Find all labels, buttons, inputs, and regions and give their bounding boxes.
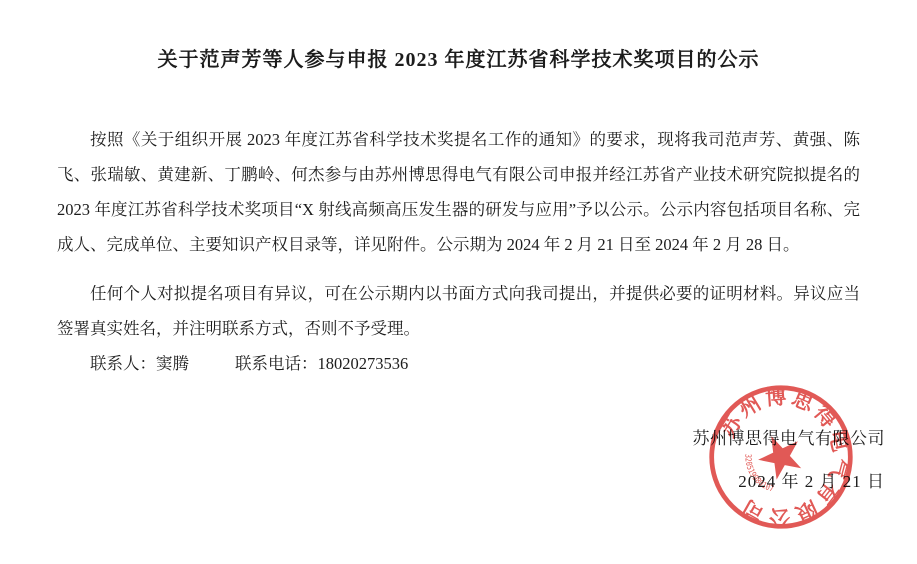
contact-phone-number: 18020273536	[318, 354, 409, 373]
paragraph-objection-instructions: 任何个人对拟提名项目有异议，可在公示期内以书面方式向我司提出，并提供必要的证明材…	[57, 276, 860, 346]
paragraph-announcement: 按照《关于组织开展 2023 年度江苏省科学技术奖提名工作的通知》的要求，现将我…	[57, 122, 860, 262]
contact-phone-label: 联系电话：	[235, 354, 318, 373]
contact-person-name: 窦腾	[156, 354, 189, 373]
document-body: 按照《关于组织开展 2023 年度江苏省科学技术奖提名工作的通知》的要求，现将我…	[57, 122, 860, 381]
document-title: 关于范声芳等人参与申报 2023 年度江苏省科学技术奖项目的公示	[0, 0, 917, 74]
contact-person-label: 联系人：	[90, 354, 156, 373]
seal-star-icon	[751, 427, 808, 483]
company-seal-stamp: 苏州博思得电气有限公司 320519980107	[697, 373, 865, 541]
notice-document: 关于范声芳等人参与申报 2023 年度江苏省科学技术奖项目的公示 按照《关于组织…	[0, 0, 917, 564]
seal-rotated-group: 苏州博思得电气有限公司 320519980107	[697, 373, 865, 541]
